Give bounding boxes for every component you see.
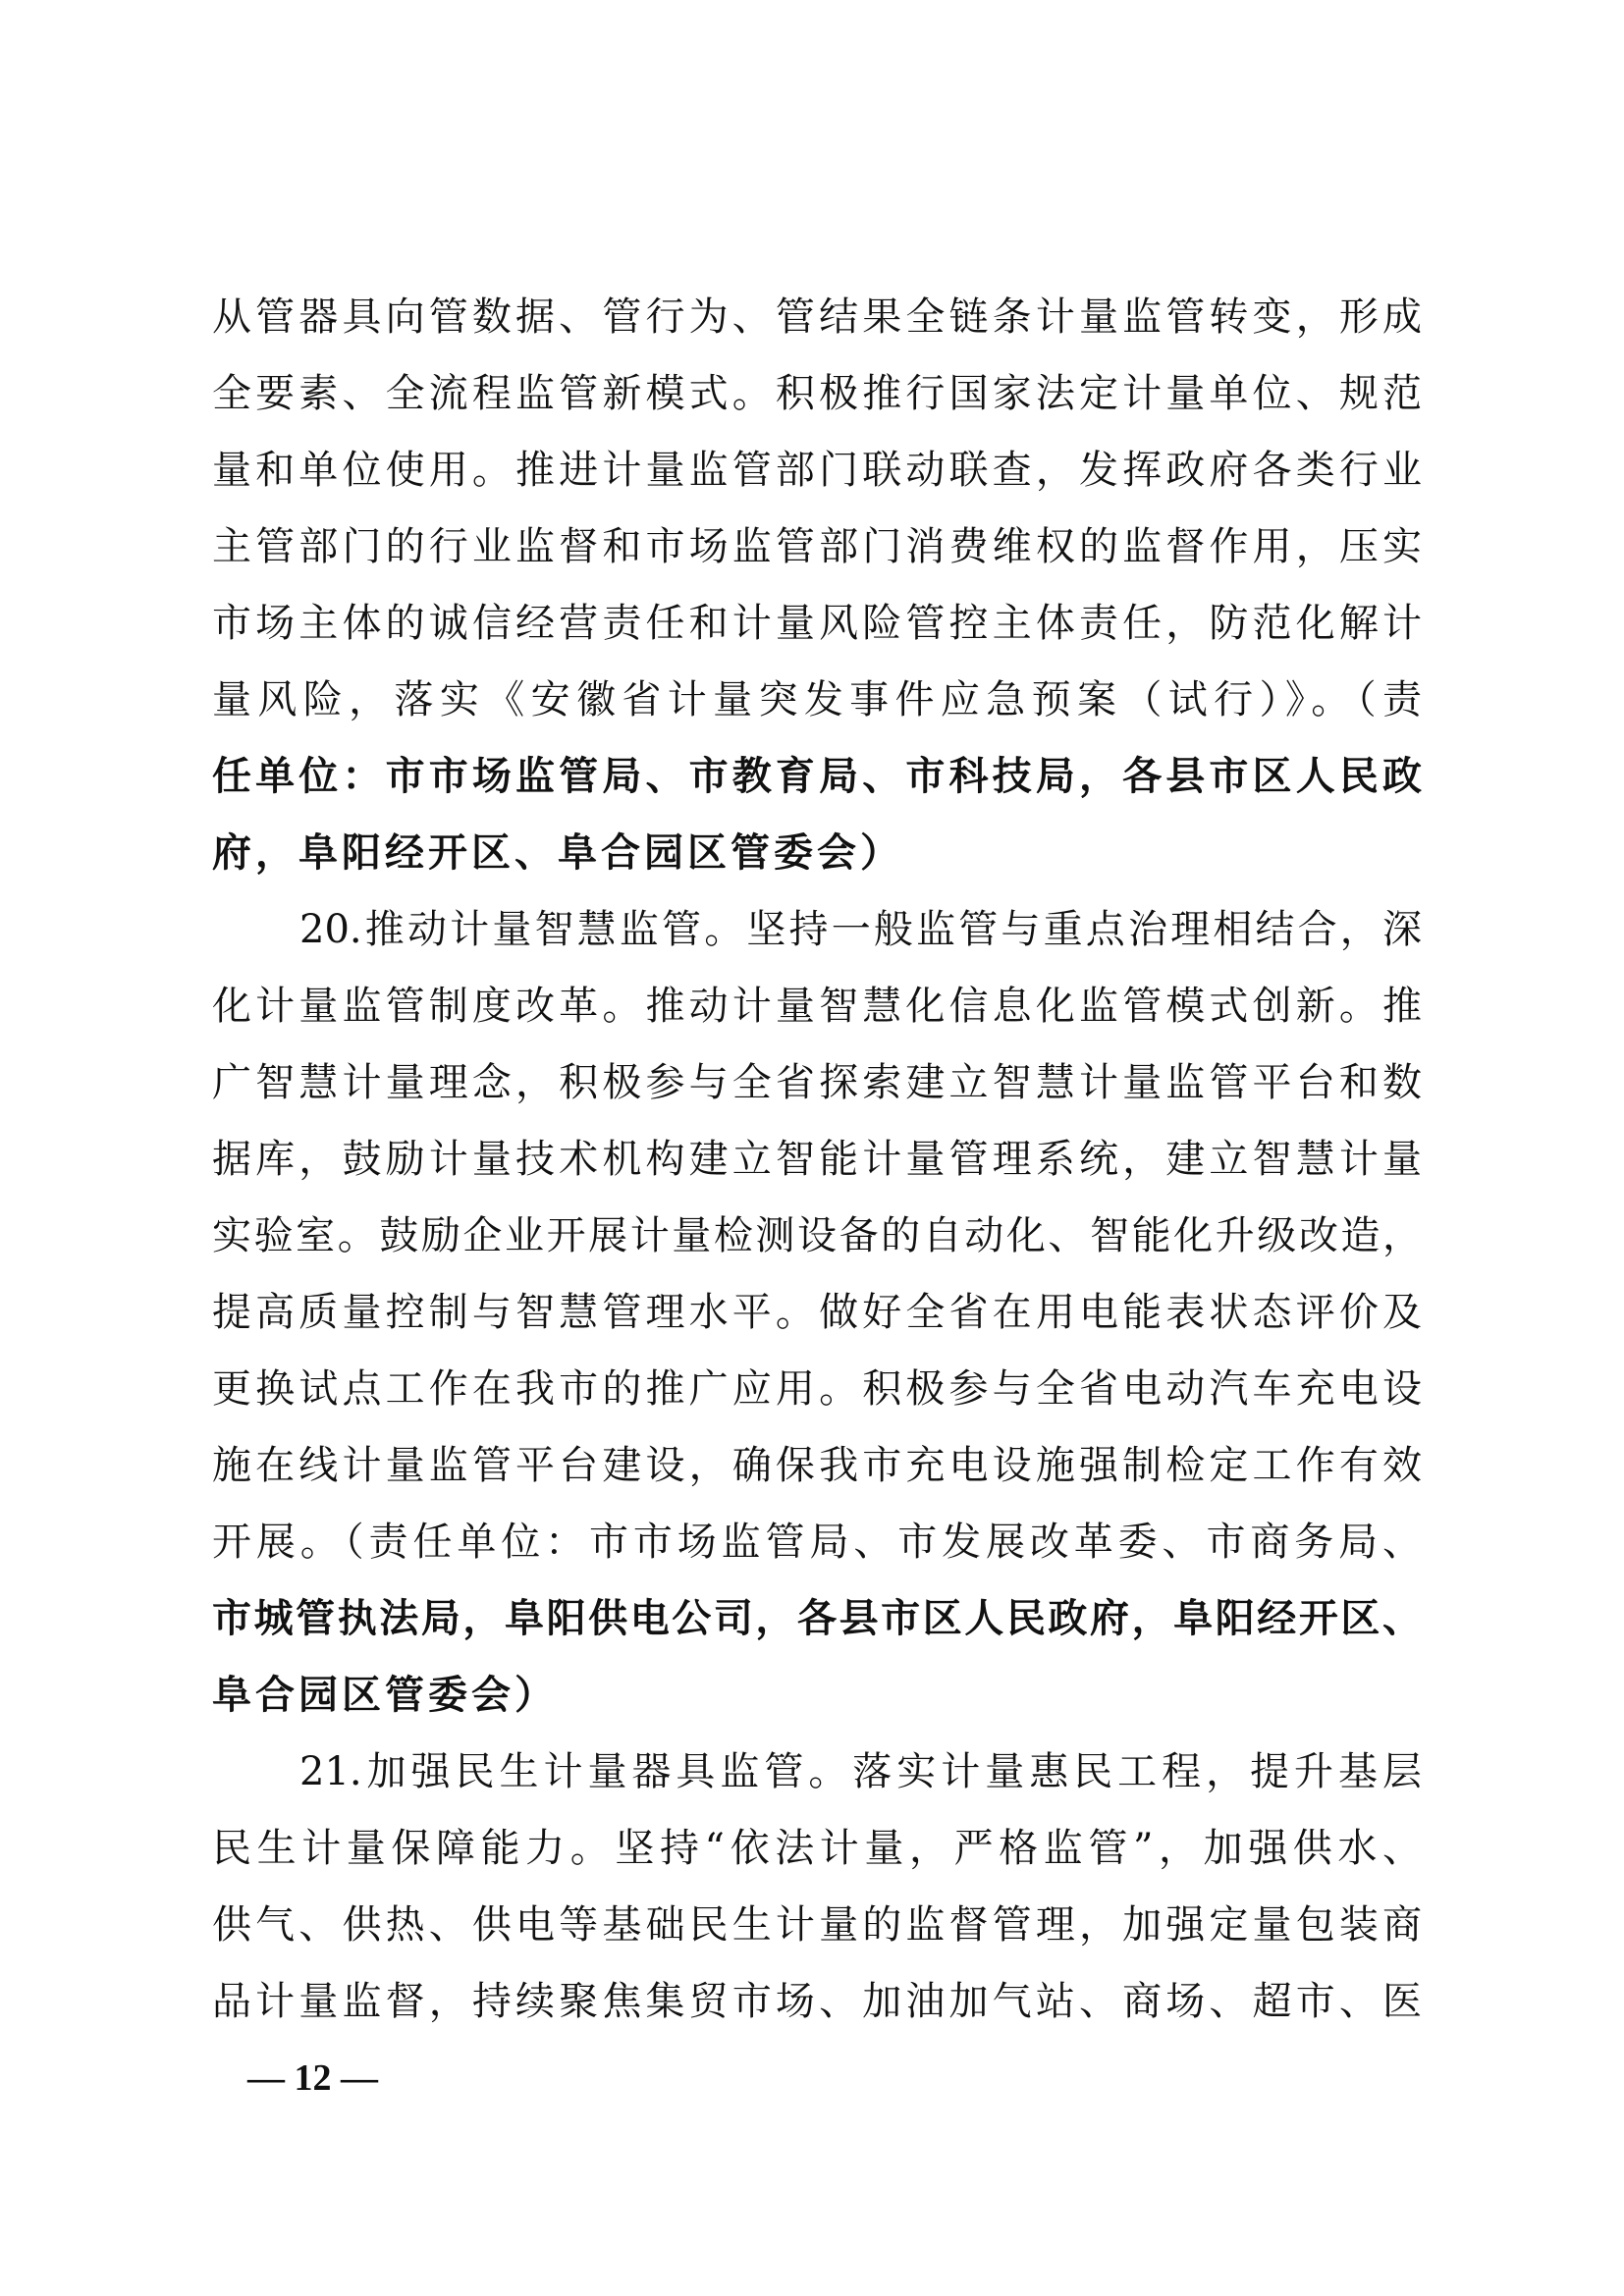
text-line: 化计量监管制度改革。推动计量智慧化信息化监管模式创新。推 [212, 968, 1422, 1044]
text-line: 实验室。鼓励企业开展计量检测设备的自动化、智能化升级改造， [212, 1198, 1422, 1274]
text-line: 供气、供热、供电等基础民生计量的监督管理，加强定量包装商 [212, 1887, 1422, 1963]
text-line: 更换试点工作在我市的推广应用。积极参与全省电动汽车充电设 [212, 1351, 1422, 1427]
text-line: 施在线计量监管平台建设，确保我市充电设施强制检定工作有效 [212, 1427, 1422, 1504]
text-line: 主管部门的行业监督和市场监管部门消费维权的监督作用，压实 [212, 508, 1422, 585]
text-line: 全要素、全流程监管新模式。积极推行国家法定计量单位、规范 [212, 355, 1422, 432]
text-line: 据库，鼓励计量技术机构建立智能计量管理系统，建立智慧计量 [212, 1121, 1422, 1198]
text-line: 广智慧计量理念，积极参与全省探索建立智慧计量监管平台和数 [212, 1044, 1422, 1121]
body-text: 从管器具向管数据、管行为、管结果全链条计量监管转变，形成 全要素、全流程监管新模… [212, 279, 1422, 2040]
responsible-units-line: 阜合园区管委会） [212, 1657, 1422, 1734]
page-number: — 12 — [247, 2052, 378, 2105]
text-line: 从管器具向管数据、管行为、管结果全链条计量监管转变，形成 [212, 279, 1422, 355]
text-line: 量和单位使用。推进计量监管部门联动联查，发挥政府各类行业 [212, 432, 1422, 508]
responsible-units-line: 任单位：市市场监管局、市教育局、市科技局，各县市区人民政 [212, 738, 1422, 815]
text-line: 量风险，落实《安徽省计量突发事件应急预案（试行）》。（责 [212, 662, 1422, 738]
responsible-units-line: 府，阜阳经开区、阜合园区管委会） [212, 815, 1422, 891]
text-line: 提高质量控制与智慧管理水平。做好全省在用电能表状态评价及 [212, 1274, 1422, 1351]
responsible-units-line: 市城管执法局，阜阳供电公司，各县市区人民政府，阜阳经开区、 [212, 1580, 1422, 1657]
document-page: 从管器具向管数据、管行为、管结果全链条计量监管转变，形成 全要素、全流程监管新模… [0, 0, 1624, 2296]
text-line: 民生计量保障能力。坚持“依法计量，严格监管”，加强供水、 [212, 1810, 1422, 1887]
text-line: 品计量监督，持续聚焦集贸市场、加油加气站、商场、超市、医 [212, 1963, 1422, 2040]
section-heading-21: 21.加强民生计量器具监管。落实计量惠民工程，提升基层 [212, 1734, 1422, 1810]
section-heading-20: 20.推动计量智慧监管。坚持一般监管与重点治理相结合，深 [212, 891, 1422, 968]
text-line: 市场主体的诚信经营责任和计量风险管控主体责任，防范化解计 [212, 585, 1422, 662]
responsible-units-line: 开展。（责任单位：市市场监管局、市发展改革委、市商务局、 [212, 1504, 1422, 1580]
